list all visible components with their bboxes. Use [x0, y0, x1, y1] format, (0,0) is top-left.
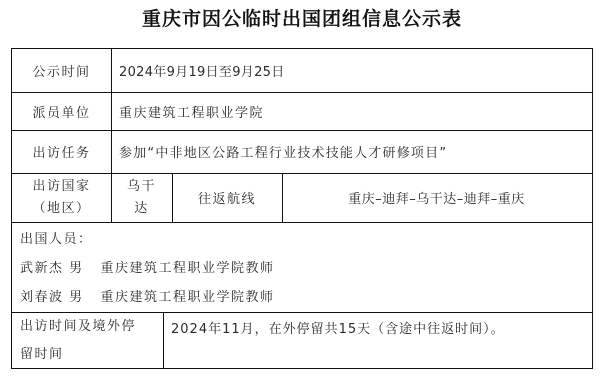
duration-value: 2024年11月，在外停留共15天（含途中往返时间）。	[163, 312, 591, 369]
announce-time-value: 2024年9月19日至9月25日	[111, 49, 591, 92]
personnel-heading: 出国人员：	[20, 225, 275, 254]
duration-label-line2: 留时间	[20, 341, 64, 369]
destination-country-line2: 达	[134, 198, 149, 220]
announce-time-label: 公示时间	[12, 49, 111, 92]
destination-label-line1: 出访国家	[32, 176, 90, 198]
duration-label-line1: 出访时间及境外停	[20, 313, 136, 341]
destination-label-line2: （地区）	[32, 198, 90, 220]
destination-country: 乌干 达	[111, 173, 172, 222]
destination-label: 出访国家 （地区）	[12, 173, 111, 222]
mission-label: 出访任务	[12, 130, 111, 173]
row-divider	[12, 222, 592, 223]
destination-country-line1: 乌干	[127, 176, 156, 198]
personnel-member: 武新杰 男 重庆建筑工程职业学院教师	[20, 254, 275, 283]
dispatch-unit-label: 派员单位	[12, 92, 111, 130]
route-label: 往返航线	[172, 173, 282, 222]
dispatch-unit-value: 重庆建筑工程职业学院	[111, 92, 591, 130]
route-value: 重庆–迪拜–乌干达–迪拜–重庆	[282, 173, 591, 222]
personnel-section: 出国人员： 武新杰 男 重庆建筑工程职业学院教师 刘春波 男 重庆建筑工程职业学…	[20, 225, 275, 312]
page-title: 重庆市因公临时出国团组信息公示表	[0, 4, 604, 31]
personnel-member: 刘春波 男 重庆建筑工程职业学院教师	[20, 283, 275, 312]
duration-label: 出访时间及境外停 留时间	[12, 312, 163, 369]
info-table: 公示时间 2024年9月19日至9月25日 派员单位 重庆建筑工程职业学院 出访…	[11, 48, 593, 369]
mission-value: 参加“中非地区公路工程行业技术技能人才研修项目”	[111, 130, 591, 173]
